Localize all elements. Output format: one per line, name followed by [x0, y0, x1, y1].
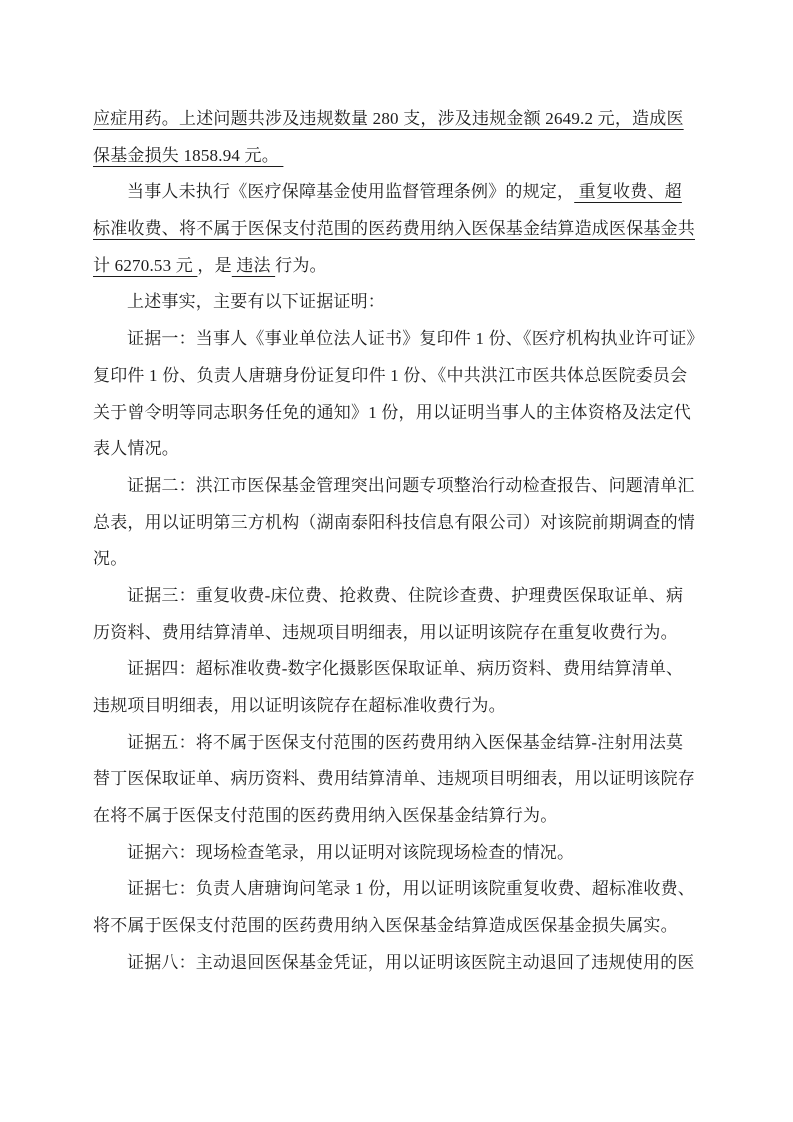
text-segment: 证据三：重复收费-床位费、抢救费、住院诊查费、护理费医保取证单、病 — [127, 586, 683, 605]
text-line: 表人情况。 — [93, 431, 689, 468]
text-line: 证据三：重复收费-床位费、抢救费、住院诊查费、护理费医保取证单、病 — [93, 578, 689, 615]
text-line: 应症用药。上述问题共涉及违规数量 280 支，涉及违规金额 2649.2 元，造… — [93, 101, 689, 138]
text-segment: 在将不属于医保支付范围的医药费用纳入医保基金结算行为。 — [93, 806, 557, 825]
text-line: 证据二：洪江市医保基金管理突出问题专项整治行动检查报告、问题清单汇 — [93, 468, 689, 505]
underlined-text-segment: 应症用药。上述问题共涉及违规数量 280 支，涉及违规金额 2649.2 元，造… — [93, 109, 684, 128]
text-segment: 总表，用以证明第三方机构（湖南泰阳科技信息有限公司）对该院前期调查的情 — [93, 513, 695, 532]
text-segment: 违规项目明细表，用以证明该院存在超标准收费行为。 — [93, 696, 506, 715]
underlined-text-segment: 违法 — [232, 256, 275, 275]
text-segment: 替丁医保取证单、病历资料、费用结算清单、违规项目明细表，用以证明该院存 — [93, 769, 695, 788]
underlined-text-segment: 重复收费、超 — [574, 182, 682, 201]
text-segment: 证据七：负责人唐瑭询问笔录 1 份，用以证明该院重复收费、超标准收费、 — [127, 879, 695, 898]
text-segment: 复印件 1 份、负责人唐瑭身份证复印件 1 份、《中共洪江市医共体总医院委员会 — [93, 366, 687, 385]
text-line: 当事人未执行《医疗保障基金使用监督管理条例》的规定， 重复收费、超 — [93, 174, 689, 211]
text-segment: 证据六：现场检查笔录，用以证明对该院现场检查的情况。 — [127, 843, 574, 862]
text-line: 历资料、费用结算清单、违规项目明细表，用以证明该院存在重复收费行为。 — [93, 615, 689, 652]
underlined-text-segment: 保基金损失 1858.94 元。 — [93, 146, 283, 165]
text-line: 证据六：现场检查笔录，用以证明对该院现场检查的情况。 — [93, 835, 689, 872]
text-segment: 历资料、费用结算清单、违规项目明细表，用以证明该院存在重复收费行为。 — [93, 623, 678, 642]
text-line: 况。 — [93, 541, 689, 578]
text-segment: 证据一：当事人《事业单位法人证书》复印件 1 份、《医疗机构执业许可证》 — [127, 329, 704, 348]
text-line: 证据五：将不属于医保支付范围的医药费用纳入医保基金结算-注射用法莫 — [93, 725, 689, 762]
underlined-text-segment: 标准收费、将不属于医保支付范围的医药费用纳入医保基金结算造成医保基金共 — [93, 219, 695, 238]
text-line: 证据一：当事人《事业单位法人证书》复印件 1 份、《医疗机构执业许可证》 — [93, 321, 689, 358]
text-line: 在将不属于医保支付范围的医药费用纳入医保基金结算行为。 — [93, 798, 689, 835]
document-page: 应症用药。上述问题共涉及违规数量 280 支，涉及违规金额 2649.2 元，造… — [0, 0, 793, 1122]
document-body: 应症用药。上述问题共涉及违规数量 280 支，涉及违规金额 2649.2 元，造… — [93, 101, 689, 982]
text-segment: 上述事实，主要有以下证据证明： — [127, 292, 385, 311]
text-segment: 关于曾令明等同志职务任免的通知》1 份，用以证明当事人的主体资格及法定代 — [93, 403, 691, 422]
text-line: 关于曾令明等同志职务任免的通知》1 份，用以证明当事人的主体资格及法定代 — [93, 395, 689, 432]
text-line: 证据八：主动退回医保基金凭证，用以证明该医院主动退回了违规使用的医 — [93, 945, 689, 982]
text-line: 证据七：负责人唐瑭询问笔录 1 份，用以证明该院重复收费、超标准收费、 — [93, 871, 689, 908]
text-line: 证据四：超标准收费-数字化摄影医保取证单、病历资料、费用结算清单、 — [93, 651, 689, 688]
text-segment: ，是 — [197, 256, 231, 275]
text-line: 替丁医保取证单、病历资料、费用结算清单、违规项目明细表，用以证明该院存 — [93, 761, 689, 798]
text-line: 违规项目明细表，用以证明该院存在超标准收费行为。 — [93, 688, 689, 725]
text-segment: 将不属于医保支付范围的医药费用纳入医保基金结算造成医保基金损失属实。 — [93, 916, 678, 935]
text-line: 总表，用以证明第三方机构（湖南泰阳科技信息有限公司）对该院前期调查的情 — [93, 505, 689, 542]
text-segment: 当事人未执行《医疗保障基金使用监督管理条例》的规定， — [127, 182, 574, 201]
text-line: 保基金损失 1858.94 元。 — [93, 138, 689, 175]
text-segment: 证据二：洪江市医保基金管理突出问题专项整治行动检查报告、问题清单汇 — [127, 476, 695, 495]
text-segment: 表人情况。 — [93, 439, 179, 458]
text-segment: 况。 — [93, 549, 127, 568]
text-segment: 证据四：超标准收费-数字化摄影医保取证单、病历资料、费用结算清单、 — [127, 659, 683, 678]
text-line: 将不属于医保支付范围的医药费用纳入医保基金结算造成医保基金损失属实。 — [93, 908, 689, 945]
text-line: 复印件 1 份、负责人唐瑭身份证复印件 1 份、《中共洪江市医共体总医院委员会 — [93, 358, 689, 395]
text-line: 标准收费、将不属于医保支付范围的医药费用纳入医保基金结算造成医保基金共 — [93, 211, 689, 248]
text-segment: 行为。 — [275, 256, 327, 275]
underlined-text-segment: 计 6270.53 元 — [93, 256, 197, 275]
text-segment: 证据八：主动退回医保基金凭证，用以证明该医院主动退回了违规使用的医 — [127, 953, 695, 972]
text-line: 上述事实，主要有以下证据证明： — [93, 284, 689, 321]
text-line: 计 6270.53 元 ，是 违法 行为。 — [93, 248, 689, 285]
text-segment: 证据五：将不属于医保支付范围的医药费用纳入医保基金结算-注射用法莫 — [127, 733, 683, 752]
